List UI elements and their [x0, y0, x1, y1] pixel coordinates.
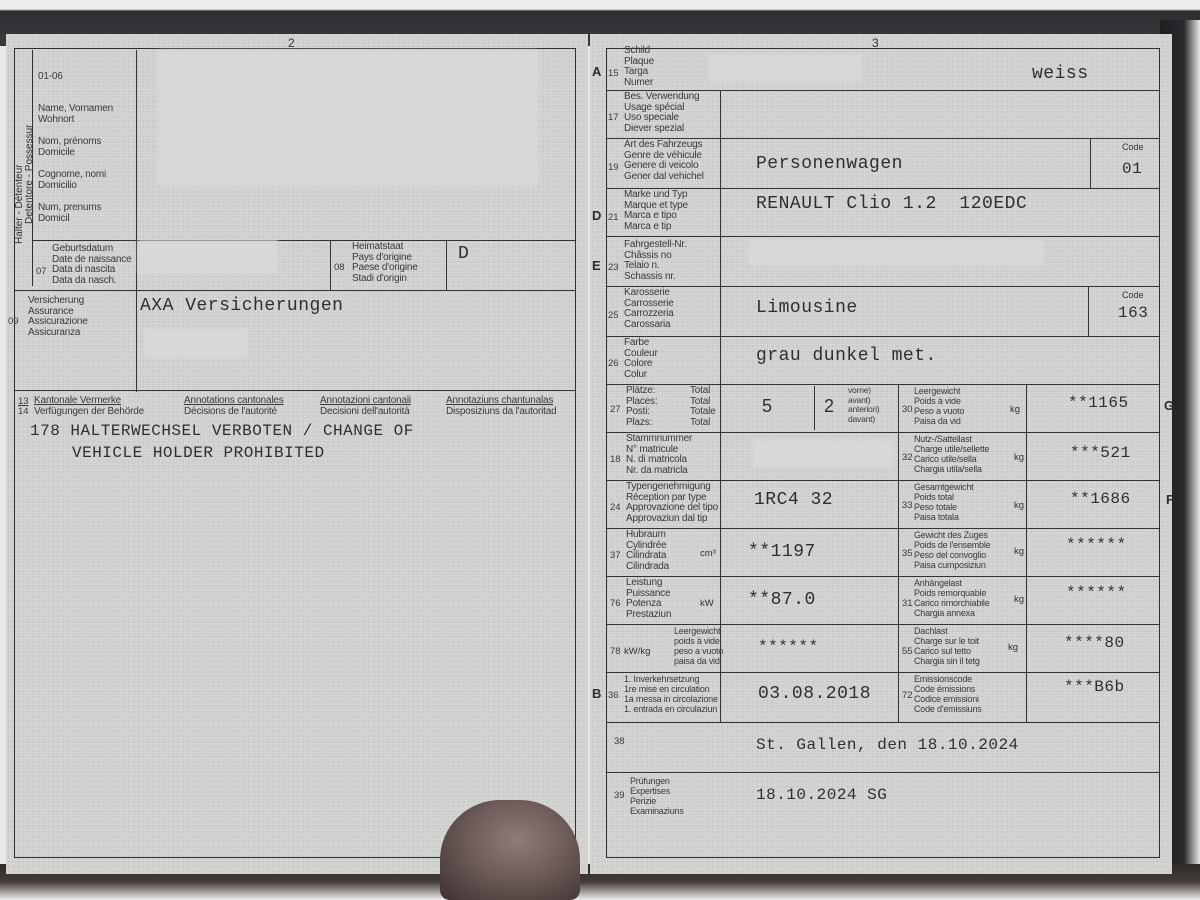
label-line: Poids de l'ensemble: [914, 540, 990, 550]
master-no-labels: Stammnummer N° matricule N. di matricola…: [626, 434, 692, 476]
issued-value: St. Gallen, den 18.10.2024: [756, 736, 1019, 754]
label-line: Numer: [624, 78, 654, 89]
first-registration-labels: 1. Inverkehrsetzung 1re mise en circulat…: [624, 674, 718, 714]
holder-side-label-2: Detentore - Possessur: [24, 125, 35, 225]
seats-front-labels: vorne) avant) anteriori) davant): [848, 386, 880, 424]
divider: [606, 286, 1160, 287]
divider: [606, 528, 1160, 529]
label-line: peso a vuoto: [674, 646, 723, 656]
annotations-header-fr: Annotations cantonales Décisions de l'au…: [184, 396, 284, 417]
label-line: Approvazione del tipo: [626, 503, 718, 514]
label-line: Peso a vuoto: [914, 406, 964, 416]
label-line: Poids remorquable: [914, 588, 990, 598]
plate-labels: Schild Plaque Targa Numer: [624, 46, 654, 88]
plate-number-redacted: [708, 54, 862, 82]
label-line: Examinaziuns: [630, 806, 684, 816]
birth-date-field-no: 07: [36, 266, 47, 277]
empty-weight-labels: Leergewicht Poids à vide Peso a vuoto Pa…: [914, 386, 964, 426]
label-line: Perizie: [630, 796, 684, 806]
chassis-field-no: 23: [608, 262, 619, 273]
payload-labels: Nutz-/Sattellast Charge utile/sellette C…: [914, 434, 989, 474]
divider: [1088, 286, 1089, 336]
inspections-field-no: 39: [614, 790, 625, 801]
empty-weight-unit: kg: [1010, 404, 1020, 415]
section-letter-d: D: [592, 208, 601, 223]
label-line: 1re mise en circulation: [624, 684, 718, 694]
label-line: Dachlast: [914, 626, 980, 636]
label-line: Bes. Verwendung: [624, 92, 699, 103]
annotations-header-it: Annotazioni cantonali Decisioni dell'aut…: [320, 396, 411, 417]
label-line: Targa: [624, 67, 654, 78]
label-line: Leergewicht: [674, 626, 723, 636]
insurance-value: AXA Versicherungen: [140, 296, 343, 316]
body-code-label: Code: [1122, 290, 1144, 300]
seats-field-no: 27: [610, 404, 621, 415]
label-line: Anhängelast: [914, 578, 990, 588]
label-line: Peso del convoglio: [914, 550, 990, 560]
make-model-field-no: 21: [608, 212, 619, 223]
divider: [814, 386, 815, 430]
color-field-no: 26: [608, 358, 619, 369]
roof-load-field-no: 55: [902, 646, 913, 657]
label-line: Fahrgestell-Nr.: [624, 240, 687, 251]
label-line: Chargia sin il tetg: [914, 656, 980, 666]
annotation-line-2: VEHICLE HOLDER PROHIBITED: [72, 444, 325, 462]
body-code: 163: [1118, 304, 1148, 322]
holder-field-range: 01-06: [38, 72, 63, 83]
power-weight-value: ******: [758, 638, 819, 656]
seats-front: 2: [824, 396, 835, 417]
label-line: Totale: [690, 407, 716, 418]
power-labels: Leistung Puissance Potenza Prestaziun: [626, 578, 671, 620]
type-approval-field-no: 24: [610, 502, 621, 513]
label-line: Colur: [624, 370, 658, 381]
label-line: Stammnummer: [626, 434, 692, 445]
vehicle-type-value: Personenwagen: [756, 154, 903, 174]
special-use-labels: Bes. Verwendung Usage spécial Uso specia…: [624, 92, 699, 134]
label-line: Heimatstaat: [352, 242, 418, 253]
label-line: Chargia utila/sella: [914, 464, 989, 474]
label-line: Paisa da vid: [914, 416, 964, 426]
label-line: Paese d'origine: [352, 263, 418, 274]
label-line: Décisions de l'autorité: [184, 407, 284, 418]
birth-date-labels: Geburtsdatum Date de naissance Data di n…: [52, 244, 131, 286]
insurance-labels: Versicherung Assurance Assicurazione Ass…: [28, 296, 88, 338]
label-line: Leistung: [626, 578, 671, 589]
label-line: Cognome, nomi: [38, 170, 113, 181]
label-line: davant): [848, 415, 880, 425]
label-line: Marca e tipo: [624, 211, 688, 222]
label-line: Leergewicht: [914, 386, 964, 396]
label-line: Art des Fahrzeugs: [624, 140, 704, 151]
label-line: Name, Vornamen: [38, 104, 113, 115]
label-line: Cilindrata: [626, 551, 669, 562]
vehicle-type-field-no: 19: [608, 162, 619, 173]
label-line: Carico utile/sella: [914, 454, 989, 464]
label-line: Paisa totala: [914, 512, 973, 522]
label-line: Annotations cantonales: [184, 396, 284, 407]
total-weight-unit: kg: [1014, 500, 1024, 511]
label-line: Assicuranza: [28, 328, 88, 339]
label-line: Farbe: [624, 338, 658, 349]
label-line: 1. entrada en circulaziun: [624, 704, 718, 714]
label-line: N. di matricola: [626, 455, 692, 466]
roof-load-labels: Dachlast Charge sur le toit Carico sul t…: [914, 626, 980, 666]
label-line: Charge utile/sellette: [914, 444, 989, 454]
special-use-field-no: 17: [608, 112, 619, 123]
label-line: Plazs:: [626, 418, 657, 429]
label-line: Cilindrada: [626, 562, 669, 573]
chassis-labels: Fahrgestell-Nr. Châssis no Telaio n. Sch…: [624, 240, 687, 282]
label-line: poids à vide: [674, 636, 723, 646]
divider: [606, 236, 1160, 237]
label-line: Code d'emissiuns: [914, 704, 982, 714]
label-line: Telaio n.: [624, 261, 687, 272]
left-page: 2 Halter - Détenteur Detentore - Possess…: [6, 34, 588, 874]
label-line: Colore: [624, 359, 658, 370]
body-value: Limousine: [756, 298, 858, 318]
label-line: Kantonale Vermerke: [34, 396, 144, 407]
label-line: Total: [690, 386, 716, 397]
label-line: Karosserie: [624, 288, 673, 299]
label-line: Code émissions: [914, 684, 982, 694]
section-letter-b: B: [592, 686, 601, 701]
label-line: Assicurazione: [28, 317, 88, 328]
payload-field-no: 32: [902, 452, 913, 463]
make-model-labels: Marke und Typ Marque et type Marca e tip…: [624, 190, 688, 232]
annotations-header-rm: Annotaziuns chantunalas Disposiziuns da …: [446, 396, 556, 417]
trailer-load-labels: Anhängelast Poids remorquable Carico rim…: [914, 578, 990, 618]
total-weight-field-no: 33: [902, 500, 913, 511]
payload-value: ***521: [1070, 444, 1131, 462]
holder-labels: Name, Vornamen Wohnort Nom, prénoms Domi…: [38, 104, 113, 224]
label-line: Prestaziun: [626, 610, 671, 621]
label-line: Wohnort: [38, 115, 113, 126]
annotations-header-de: Kantonale Vermerke Verfügungen der Behör…: [34, 396, 144, 417]
divider: [446, 240, 447, 290]
divider: [14, 390, 576, 391]
origin-value: D: [458, 244, 469, 264]
label-line: Chargia annexa: [914, 608, 990, 618]
divider: [606, 672, 1160, 673]
label-line: Uso speciale: [624, 113, 699, 124]
divider: [606, 624, 1160, 625]
power-value: **87.0: [748, 590, 816, 610]
train-weight-value: ******: [1066, 536, 1127, 554]
label-line: Marca e tip: [624, 222, 688, 233]
label-line: Poids total: [914, 492, 973, 502]
roof-load-value: ****80: [1064, 634, 1125, 652]
emission-code-value: ***B6b: [1064, 678, 1125, 696]
label-line: Versicherung: [28, 296, 88, 307]
total-weight-value: **1686: [1070, 490, 1131, 508]
label-line: Carico rimorchiabile: [914, 598, 990, 608]
master-no-field-no: 18: [610, 454, 621, 465]
label-line: Emissionscode: [914, 674, 982, 684]
label-line: Num, prenums: [38, 203, 113, 214]
label-line: 1. Inverkehrsetzung: [624, 674, 718, 684]
seats-total-labels: Total Total Totale Total: [690, 386, 716, 428]
plate-color: weiss: [1032, 64, 1089, 84]
section-letter-e: E: [592, 258, 601, 273]
label-line: Gener dal vehichel: [624, 172, 704, 183]
power-field-no: 76: [610, 598, 621, 609]
power-unit: kW: [700, 598, 714, 609]
label-line: Data di nascita: [52, 265, 131, 276]
divider: [330, 240, 331, 290]
plate-field-no: 15: [608, 68, 619, 79]
divider: [606, 722, 1160, 723]
divider: [136, 50, 137, 392]
origin-labels: Heimatstaat Pays d'origine Paese d'origi…: [352, 242, 418, 284]
label-line: Data da nasch.: [52, 276, 131, 287]
label-line: Approvaziun dal tip: [626, 514, 718, 525]
first-registration-field-no: 36: [608, 690, 619, 701]
label-line: Gewicht des Zuges: [914, 530, 990, 540]
insurance-line2-redacted: [144, 328, 248, 358]
label-line: Potenza: [626, 599, 671, 610]
seats-total: 5: [762, 396, 773, 417]
train-weight-field-no: 35: [902, 548, 913, 559]
color-labels: Farbe Couleur Colore Colur: [624, 338, 658, 380]
trailer-load-field-no: 31: [902, 598, 913, 609]
label-line: Prüfungen: [630, 776, 684, 786]
label-line: Plätze:: [626, 386, 657, 397]
label-line: Diever spezial: [624, 124, 699, 135]
displacement-field-no: 37: [610, 550, 621, 561]
label-line: Stadi d'origin: [352, 274, 418, 285]
vehicle-type-code: 01: [1122, 160, 1142, 178]
section-letter-a: A: [592, 64, 601, 79]
label-line: Annotaziuns chantunalas: [446, 396, 556, 407]
displacement-value: **1197: [748, 542, 816, 562]
issued-field-no: 38: [614, 736, 625, 747]
divider: [14, 290, 576, 291]
thumb: [440, 800, 580, 900]
roof-load-unit: kg: [1008, 642, 1018, 653]
label-line: Total: [690, 418, 716, 429]
type-approval-value: 1RC4 32: [754, 490, 833, 510]
first-registration-value: 03.08.2018: [758, 684, 871, 704]
power-weight-prefix: kW/kg: [624, 646, 650, 657]
divider: [606, 576, 1160, 577]
label-line: Decisioni dell'autorità: [320, 407, 411, 418]
annotations-field-no-14: 14: [18, 406, 29, 417]
label-line: Annotazioni cantonali: [320, 396, 411, 407]
label-line: Gesamtgewicht: [914, 482, 973, 492]
label-line: Domicil: [38, 214, 113, 225]
label-line: Verfügungen der Behörde: [34, 407, 144, 418]
total-weight-labels: Gesamtgewicht Poids total Peso totale Pa…: [914, 482, 973, 522]
holder-name-redacted: [158, 50, 538, 186]
vehicle-type-labels: Art des Fahrzeugs Genre de véhicule Gene…: [624, 140, 704, 182]
payload-unit: kg: [1014, 452, 1024, 463]
power-weight-labels: Leergewicht poids à vide peso a vuoto pa…: [674, 626, 723, 666]
label-line: Typengenehmigung: [626, 482, 718, 493]
displacement-labels: Hubraum Cylindrée Cilindrata Cilindrada: [626, 530, 669, 572]
label-line: Paisa cumposiziun: [914, 560, 990, 570]
label-line: Nr. da matricla: [626, 466, 692, 477]
label-line: Codice emissioni: [914, 694, 982, 704]
trailer-load-value: ******: [1066, 584, 1127, 602]
body-labels: Karosserie Carrosserie Carrozzeria Caros…: [624, 288, 673, 330]
label-line: 1a messa in circolazione: [624, 694, 718, 704]
label-line: paisa da vid: [674, 656, 723, 666]
divider: [1090, 138, 1091, 188]
label-line: Carico sul tetto: [914, 646, 980, 656]
label-line: Charge sur le toit: [914, 636, 980, 646]
displacement-unit: cm³: [700, 548, 716, 559]
label-line: Domicilio: [38, 181, 113, 192]
chassis-number-redacted: [748, 240, 1044, 266]
birth-date-redacted: [138, 240, 278, 274]
annotation-line-1: 178 HALTERWECHSEL VERBOTEN / CHANGE OF: [30, 422, 414, 440]
power-weight-field-no: 78: [610, 646, 621, 657]
insurance-field-no: 09: [8, 316, 19, 327]
section-letter-g: G: [1164, 398, 1174, 413]
emission-code-labels: Emissionscode Code émissions Codice emis…: [914, 674, 982, 714]
color-value: grau dunkel met.: [756, 346, 937, 366]
label-line: Carrozzeria: [624, 309, 673, 320]
body-field-no: 25: [608, 310, 619, 321]
label-line: Schassis nr.: [624, 272, 687, 283]
divider: [32, 240, 576, 241]
make-model-value: RENAULT Clio 1.2 120EDC: [756, 194, 1027, 214]
divider: [606, 772, 1160, 773]
label-line: Nom, prénoms: [38, 137, 113, 148]
master-no-redacted: [752, 440, 894, 468]
train-weight-unit: kg: [1014, 546, 1024, 557]
label-line: Geburtsdatum: [52, 244, 131, 255]
inspections-value: 18.10.2024 SG: [756, 786, 887, 804]
label-line: Hubraum: [626, 530, 669, 541]
label-line: Poids à vide: [914, 396, 964, 406]
section-letter-f: F: [1166, 492, 1174, 507]
label-line: Marke und Typ: [624, 190, 688, 201]
train-weight-labels: Gewicht des Zuges Poids de l'ensemble Pe…: [914, 530, 990, 570]
empty-weight-value: **1165: [1068, 394, 1129, 412]
label-line: Carossaria: [624, 320, 673, 331]
divider: [606, 336, 1160, 337]
label-line: Schild: [624, 46, 654, 57]
label-line: Genere di veicolo: [624, 161, 704, 172]
label-line: Disposiziuns da l'autoritad: [446, 407, 556, 418]
origin-field-no: 08: [334, 262, 345, 273]
right-page: 3 A 15 Schild Plaque Targa Numer weiss 1…: [590, 34, 1172, 874]
label-line: Nutz-/Sattellast: [914, 434, 989, 444]
inspections-labels: Prüfungen Expertises Perizie Examinaziun…: [630, 776, 684, 816]
emission-code-field-no: 72: [902, 690, 913, 701]
seats-labels: Plätze: Places: Posti: Plazs:: [626, 386, 657, 428]
label-line: Peso totale: [914, 502, 973, 512]
vehicle-type-code-label: Code: [1122, 142, 1144, 152]
label-line: Expertises: [630, 786, 684, 796]
empty-weight-field-no: 30: [902, 404, 913, 415]
label-line: Domicile: [38, 148, 113, 159]
type-approval-labels: Typengenehmigung Réception par type Appr…: [626, 482, 718, 524]
label-line: Posti:: [626, 407, 657, 418]
trailer-load-unit: kg: [1014, 594, 1024, 605]
divider: [606, 188, 1160, 189]
